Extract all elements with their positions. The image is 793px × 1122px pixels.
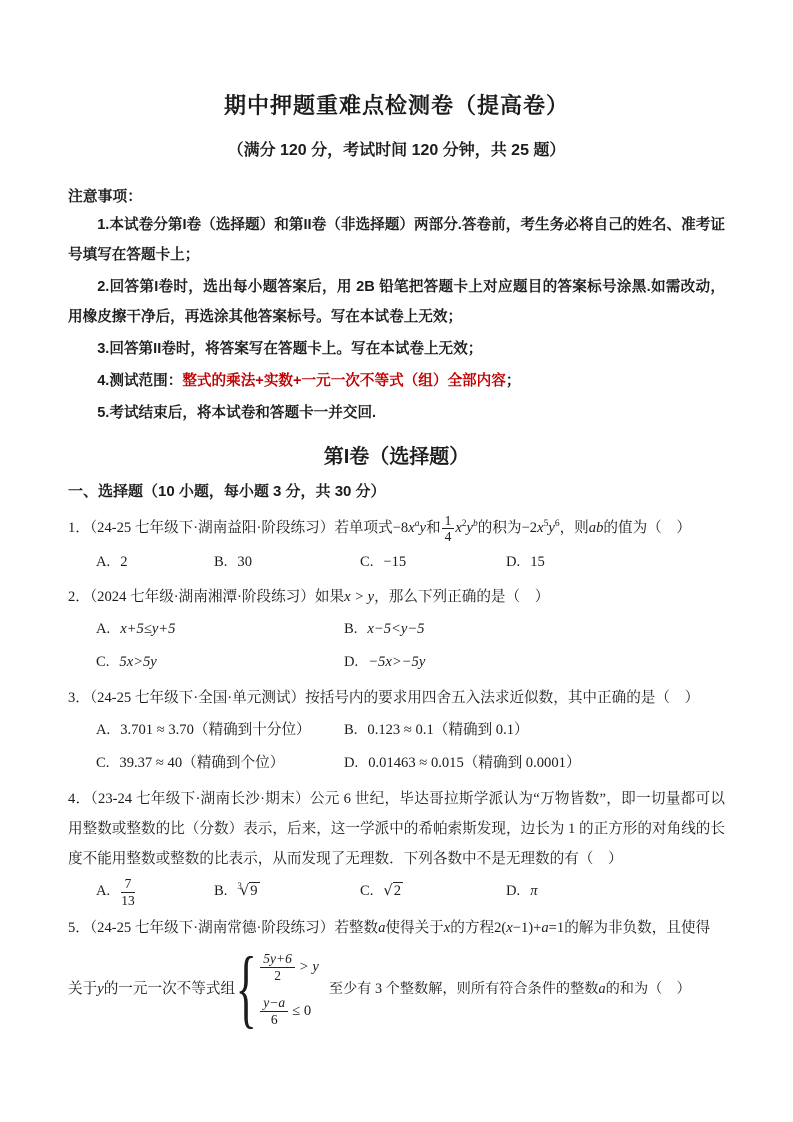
question-1-stem: 1．（24-25 七年级下·湖南益阳·阶段练习）若单项式−8xay和14x2yb… <box>68 511 725 545</box>
question-2-stem: 2．（2024 七年级·湖南湘潭·阶段练习）如果x > y，那么下列正确的是（ … <box>68 582 725 612</box>
section-1-title: 第I卷（选择题） <box>68 441 725 473</box>
exam-paper-page: 期中押题重难点检测卷（提高卷） （满分 120 分，考试时间 120 分钟，共 … <box>0 0 793 1122</box>
q1-option-d: D.15 <box>506 547 725 577</box>
system-brace: { <box>236 952 257 1027</box>
q1-option-a: A.2 <box>96 547 214 577</box>
notice-item-4-prefix: 4.测试范围： <box>97 373 182 389</box>
notice-item-1: 1.本试卷分第I卷（选择题）和第II卷（非选择题）两部分.答卷前，考生务必将自己… <box>68 210 725 270</box>
fraction-one-quarter: 14 <box>442 513 455 545</box>
question-4-options: A.713 B.3√9 C.√2 D.π <box>68 876 725 908</box>
q4-option-b: B.3√9 <box>214 876 360 908</box>
question-3-stem: 3．（24-25 七年级下·全国·单元测试）按括号内的要求用四舍五入法求近似数，… <box>68 683 725 713</box>
square-root-2: √2 <box>383 883 403 899</box>
q1-option-c: C.−15 <box>360 547 506 577</box>
section-1-subtitle: 一、选择题（10 小题，每小题 3 分，共 30 分） <box>68 478 725 506</box>
question-3-options-row-2: C.39.37 ≈ 40（精确到个位） D.0.01463 ≈ 0.015（精确… <box>68 747 725 779</box>
q1-option-b: B.30 <box>214 547 360 577</box>
q3-option-d: D.0.01463 ≈ 0.015（精确到 0.0001） <box>344 747 725 779</box>
q2-option-b: B.x−5<y−5 <box>344 613 725 645</box>
q2-option-a: A.x+5≤y+5 <box>96 613 344 645</box>
notice-item-4: 4.测试范围：整式的乘法+实数+一元一次不等式（组）全部内容； <box>68 366 725 396</box>
q2-option-d: D.−5x>−5y <box>344 646 725 678</box>
q4-option-d: D.π <box>506 876 725 908</box>
q3-option-b: B.0.123 ≈ 0.1（精确到 0.1） <box>344 714 725 746</box>
q3-option-a: A.3.701 ≈ 3.70（精确到十分位） <box>96 714 344 746</box>
cube-root-9: 3√9 <box>237 883 259 899</box>
question-3-options-row-1: A.3.701 ≈ 3.70（精确到十分位） B.0.123 ≈ 0.1（精确到… <box>68 714 725 746</box>
question-2-options-row-1: A.x+5≤y+5 B.x−5<y−5 <box>68 613 725 645</box>
fraction-7-13: 713 <box>121 876 135 908</box>
question-5-stem-line-1: 5．（24-25 七年级下·湖南常德·阶段练习）若整数a使得关于x的方程2(x−… <box>68 913 725 943</box>
inequality-2: y−a6≤ 0 <box>259 995 319 1027</box>
notice-item-2: 2.回答第I卷时，选出每小题答案后，用 2B 铅笔把答题卡上对应题目的答案标号涂… <box>68 272 725 332</box>
inequality-1: 5y+62> y <box>259 951 319 983</box>
question-1-options: A.2 B.30 C.−15 D.15 <box>68 547 725 577</box>
notice-item-4-suffix: ； <box>506 373 521 389</box>
q2-option-c: C.5x>5y <box>96 646 344 678</box>
page-subtitle: （满分 120 分，考试时间 120 分钟，共 25 题） <box>68 139 725 163</box>
q4-option-a: A.713 <box>96 876 214 908</box>
question-5-stem-line-2: 关于y的一元一次不等式组 { 5y+62> y y−a6≤ 0 至少有 3 个整… <box>68 951 725 1027</box>
inequality-system: { 5y+62> y y−a6≤ 0 <box>235 951 319 1027</box>
notice-item-3: 3.回答第II卷时，将答案写在答题卡上。写在本试卷上无效； <box>68 334 725 364</box>
q3-option-c: C.39.37 ≈ 40（精确到个位） <box>96 747 344 779</box>
notice-item-4-scope-highlight: 整式的乘法+实数+一元一次不等式（组）全部内容 <box>182 373 506 389</box>
notice-heading: 注意事项： <box>68 186 725 208</box>
page-title: 期中押题重难点检测卷（提高卷） <box>68 90 725 122</box>
notice-item-5: 5.考试结束后，将本试卷和答题卡一并交回. <box>68 398 725 428</box>
notice-section: 注意事项： 1.本试卷分第I卷（选择题）和第II卷（非选择题）两部分.答卷前，考… <box>68 186 725 428</box>
question-2-options-row-2: C.5x>5y D.−5x>−5y <box>68 646 725 678</box>
question-4-stem: 4．（23-24 七年级下·湖南长沙·期末）公元 6 世纪，毕达哥拉斯学派认为“… <box>68 784 725 874</box>
q4-option-c: C.√2 <box>360 876 506 908</box>
